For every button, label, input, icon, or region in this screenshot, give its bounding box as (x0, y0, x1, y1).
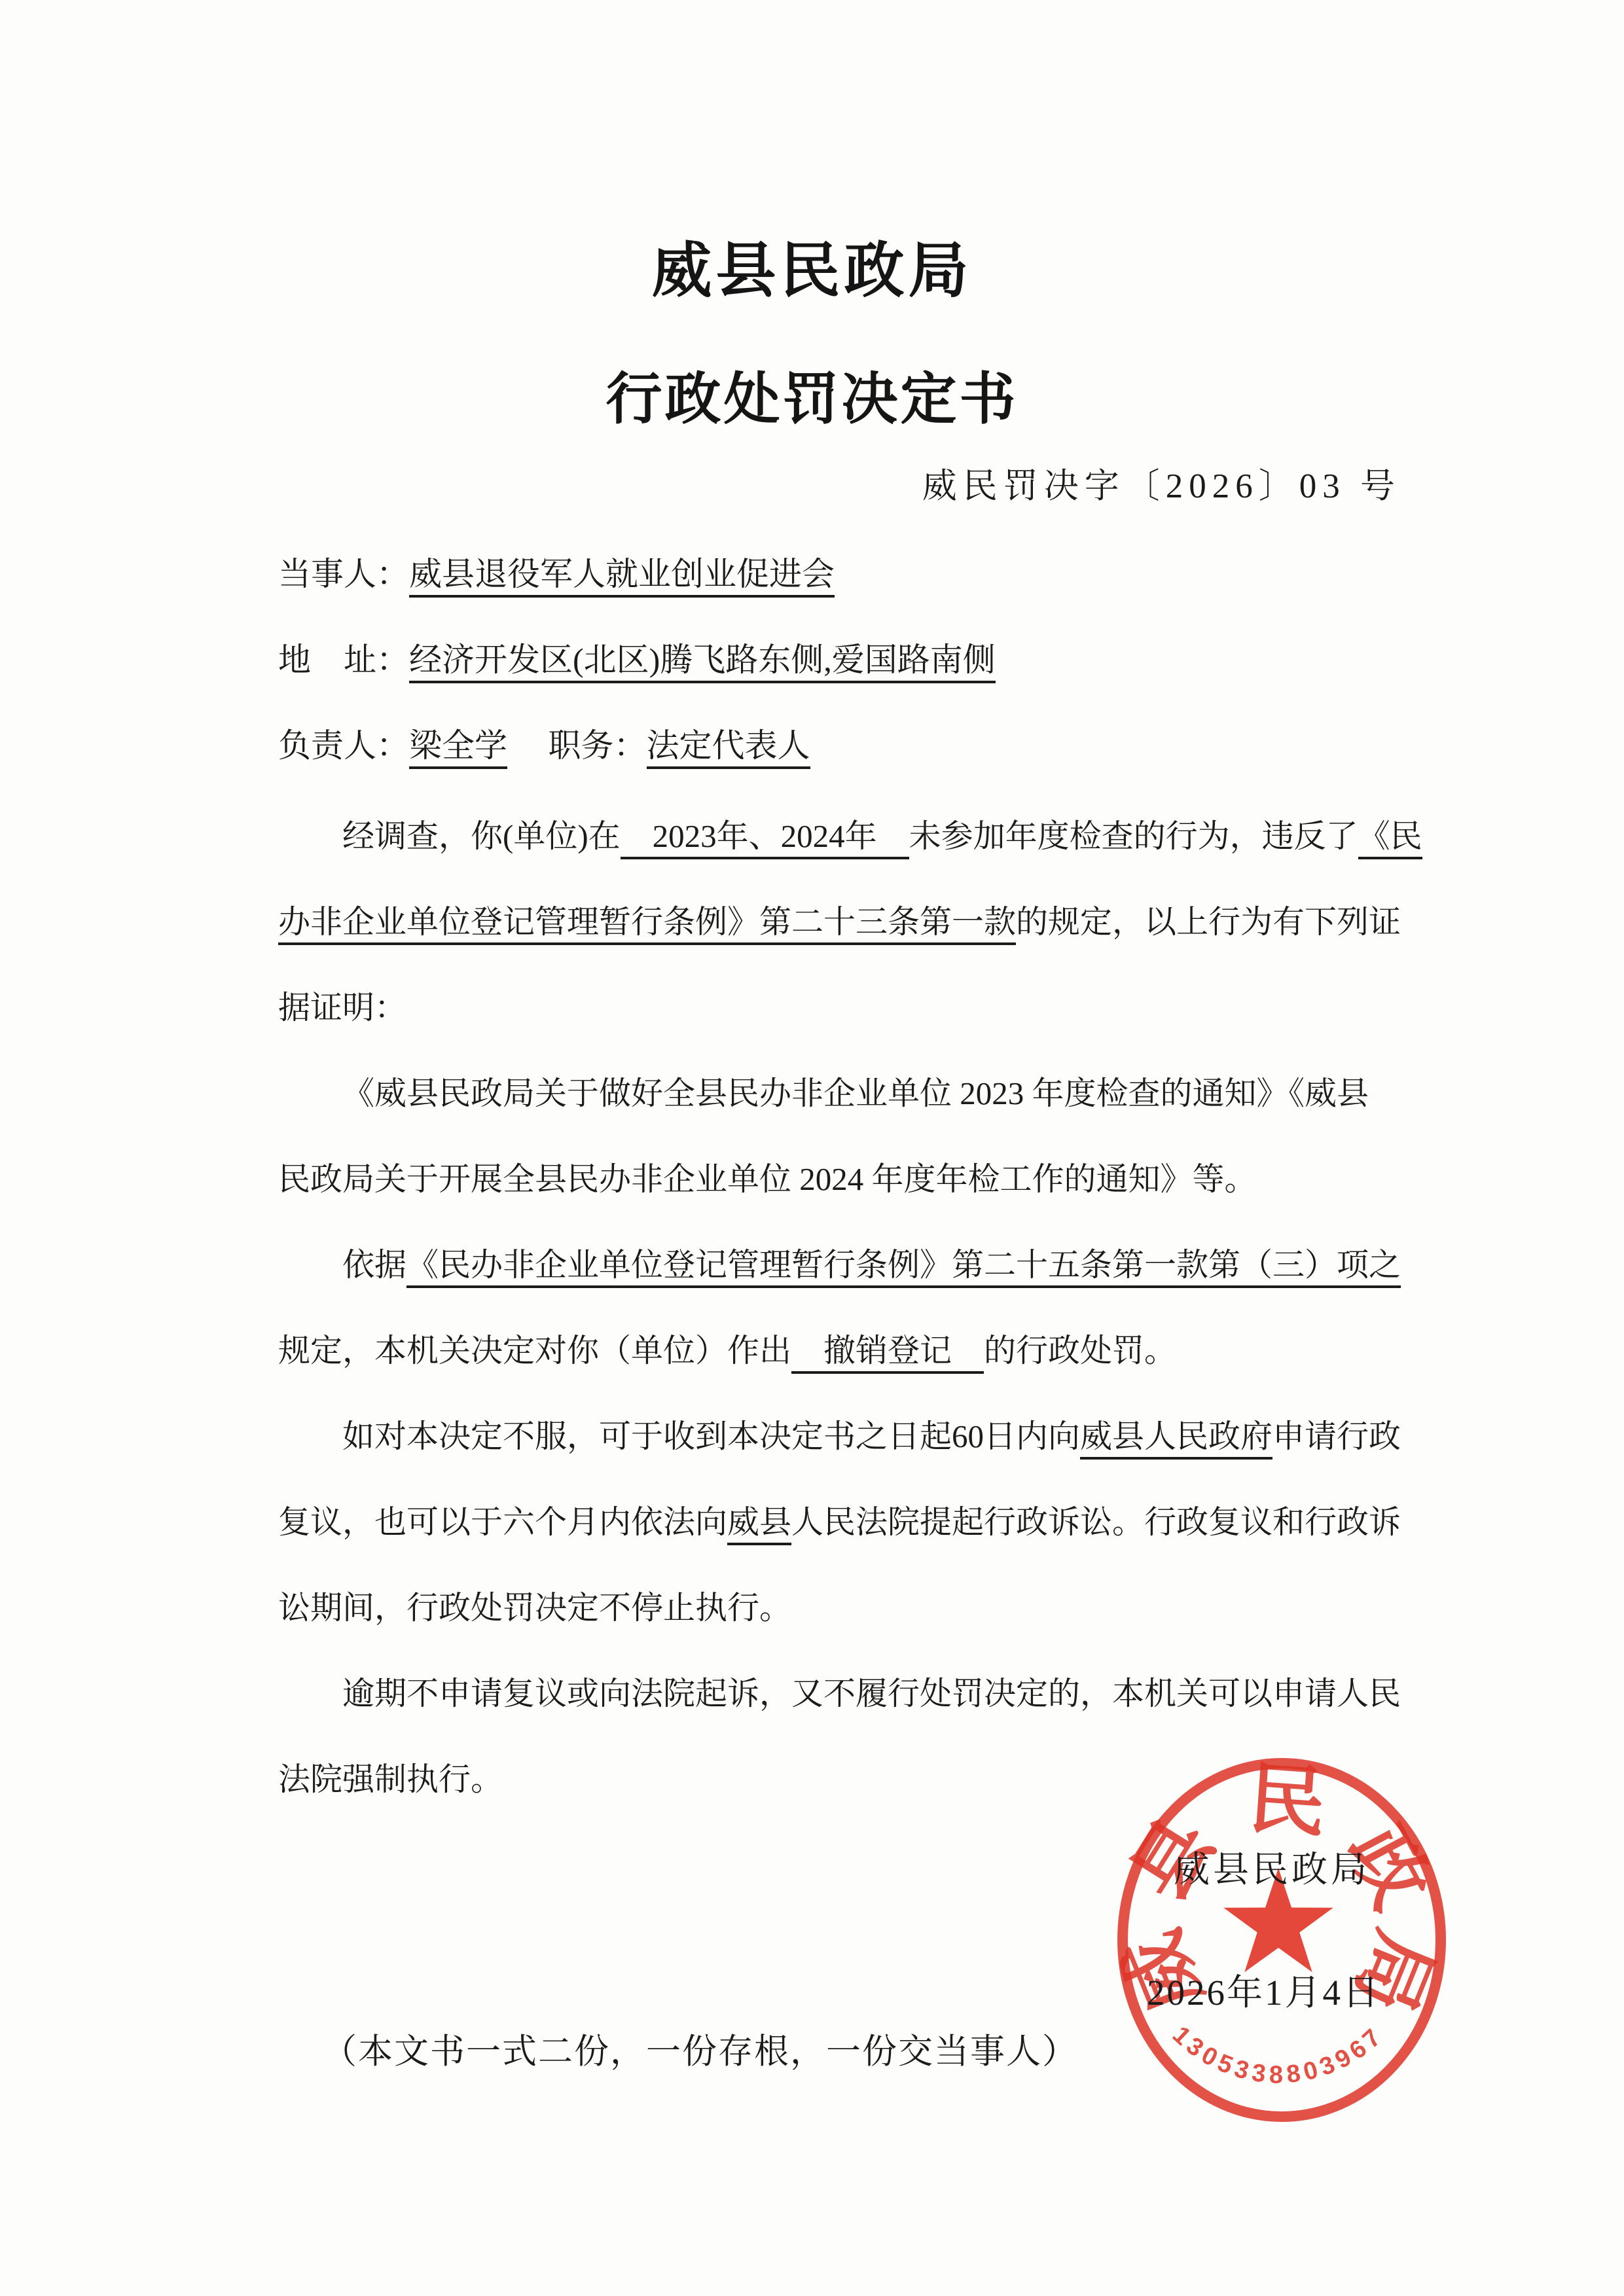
evidence-notice-2024: 民政局关于开展全县民办非企业单位 2024 年度年检工作的通知》等。 (278, 1161, 1257, 1197)
body-text: 复议，也可以于六个月内依法向 (278, 1504, 727, 1540)
copies-note: （本文书一式二份，一份存根，一份交当事人） (322, 2024, 1078, 2073)
duty-value: 法定代表人 (647, 727, 810, 769)
party-label: 当事人： (278, 556, 409, 592)
party-line: 当事人：威县退役军人就业创业促进会 (278, 531, 1384, 617)
body-text: 依据 (342, 1247, 406, 1283)
cited-regulation: 《民 (1358, 818, 1422, 859)
body-line: 据证明： (278, 965, 1391, 1050)
body-line: 逾期不申请复议或向法院起诉，又不履行处罚决定的，本机关可以申请人民 (278, 1651, 1391, 1736)
address-line: 地 址：经济开发区(北区)腾飞路东侧,爱国路南侧 (278, 617, 1384, 703)
review-authority: 威县人民政府 (1080, 1418, 1272, 1460)
body-text: 人民法院提起行政诉讼。行政复议和行政诉 (791, 1504, 1401, 1540)
body-line: 讼期间，行政处罚决定不停止执行。 (278, 1565, 1391, 1651)
address-value: 经济开发区(北区)腾飞路东侧,爱国路南侧 (409, 641, 996, 683)
body-text: 经调查，你(单位)在 (342, 818, 621, 854)
signature-authority: 威县民政局 (1174, 1840, 1370, 1892)
document-number: 威民罚决字〔2026〕03 号 (922, 458, 1401, 508)
document-subtitle: 行政处罚决定书 (0, 353, 1624, 435)
person-name: 梁全学 (409, 727, 507, 769)
body-text: 的行政处罚。 (984, 1333, 1176, 1369)
blank-filled-penalty: 撤销登记 (791, 1333, 984, 1374)
official-seal: 威 县 民 政 局 1305338803967 (1105, 1749, 1461, 2136)
person-label: 负责人： (278, 727, 409, 764)
court-county: 威县 (727, 1504, 791, 1545)
document-body: 经调查，你(单位)在 2023年、2024年 未参加年度检查的行为，违反了《民 … (278, 793, 1391, 1822)
body-line: 如对本决定不服，可于收到本决定书之日起60日内向威县人民政府申请行政 (278, 1393, 1391, 1479)
body-text: 规定，本机关决定对你（单位）作出 (278, 1333, 791, 1369)
body-line: 复议，也可以于六个月内依法向威县人民法院提起行政诉讼。行政复议和行政诉 (278, 1479, 1391, 1565)
cited-regulation: 办非企业单位登记管理暂行条例》第二十三条第一款 (278, 904, 1016, 945)
evidence-notice-2023: 《威县民政局关于做好全县民办非企业单位 2023 年度检查的通知》《威县 (342, 1075, 1369, 1111)
person-line: 负责人：梁全学 职务：法定代表人 (278, 703, 1384, 789)
body-line: 《威县民政局关于做好全县民办非企业单位 2023 年度检查的通知》《威县 (278, 1050, 1391, 1136)
document-title: 威县民政局 (0, 223, 1624, 309)
body-text: 如对本决定不服，可于收到本决定书之日起60日内向 (342, 1418, 1080, 1454)
body-text: 的规定，以上行为有下列证 (1016, 904, 1401, 940)
seal-serial-number: 1305338803967 (1167, 2021, 1390, 2089)
body-line: 经调查，你(单位)在 2023年、2024年 未参加年度检查的行为，违反了《民 (278, 793, 1391, 879)
blank-filled-years: 2023年、2024年 (621, 818, 909, 859)
body-text: 法院强制执行。 (278, 1761, 503, 1797)
body-line: 办非企业单位登记管理暂行条例》第二十三条第一款的规定，以上行为有下列证 (278, 879, 1391, 965)
body-line: 依据《民办非企业单位登记管理暂行条例》第二十五条第一款第（三）项之 (278, 1222, 1391, 1308)
duty-label: 职务： (507, 727, 647, 764)
body-text: 申请行政 (1272, 1418, 1401, 1454)
party-info-block: 当事人：威县退役军人就业创业促进会 地 址：经济开发区(北区)腾飞路东侧,爱国路… (278, 531, 1384, 789)
cited-regulation: 《民办非企业单位登记管理暂行条例》第二十五条第一款第（三）项之 (406, 1247, 1401, 1288)
document-page: 威县民政局 行政处罚决定书 威民罚决字〔2026〕03 号 当事人：威县退役军人… (0, 0, 1624, 2296)
body-line: 规定，本机关决定对你（单位）作出 撤销登记 的行政处罚。 (278, 1308, 1391, 1393)
seal-ring-char: 民 (1246, 1755, 1329, 1847)
body-text: 逾期不申请复议或向法院起诉，又不履行处罚决定的，本机关可以申请人民 (342, 1676, 1401, 1712)
body-text: 未参加年度检查的行为，违反了 (909, 818, 1358, 854)
body-text: 讼期间，行政处罚决定不停止执行。 (278, 1590, 791, 1626)
signature-date: 2026年1月4日 (1147, 1964, 1380, 2015)
body-text: 据证明： (278, 990, 406, 1026)
body-line: 民政局关于开展全县民办非企业单位 2024 年度年检工作的通知》等。 (278, 1136, 1391, 1222)
party-name: 威县退役军人就业创业促进会 (409, 556, 835, 598)
address-label: 地 址： (278, 641, 409, 678)
